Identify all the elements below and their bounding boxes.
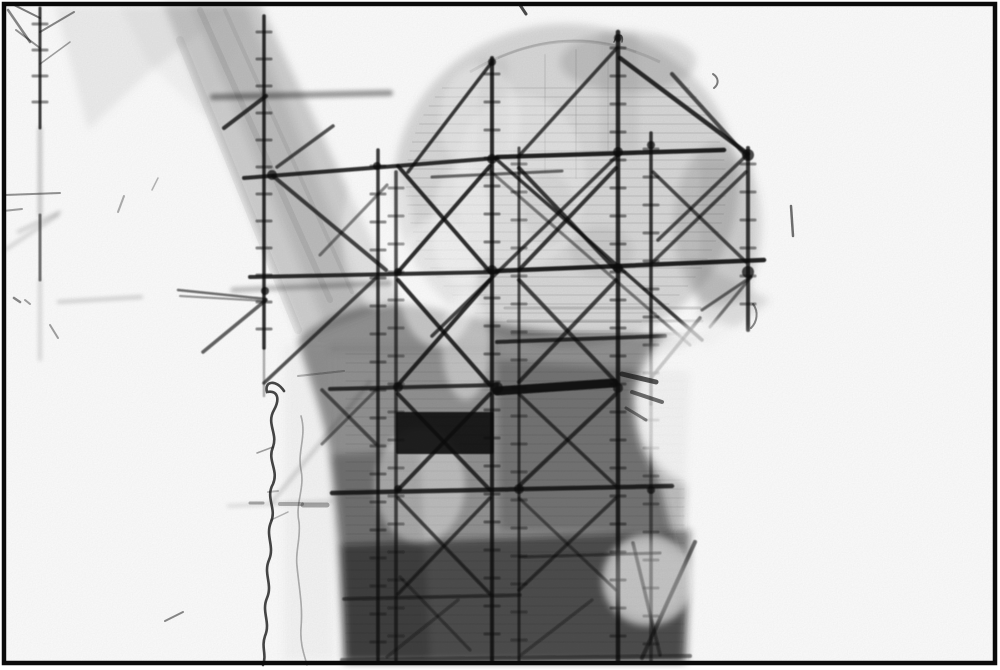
photo-canvas	[0, 0, 1000, 670]
double-exposure-photo	[0, 0, 1000, 670]
film-grain-overlay	[7, 7, 993, 663]
